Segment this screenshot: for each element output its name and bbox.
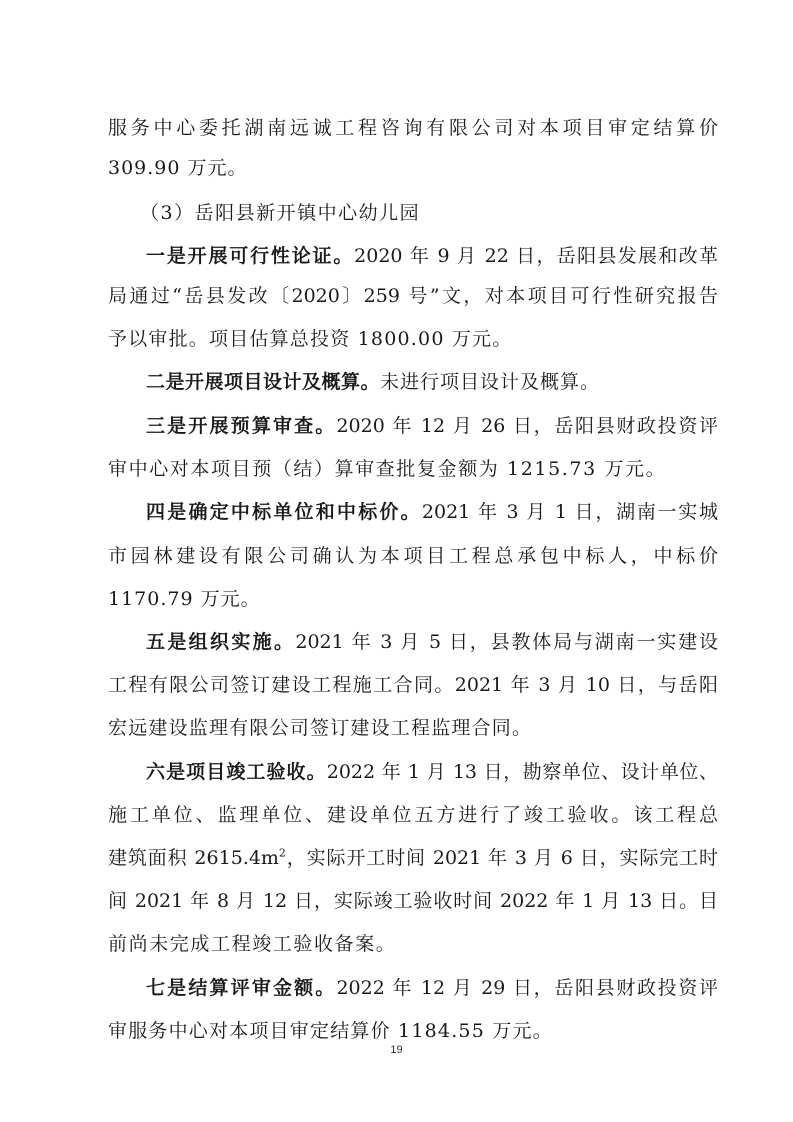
superscript: 2 <box>279 847 286 860</box>
paragraph-line: 七是结算评审金额。2022 年 12 月 29 日，岳阳县财政投资评 <box>146 975 718 1001</box>
line-text: 2022 年 1 月 13 日，勘察单位、设计单位、 <box>327 761 718 783</box>
paragraph-line: 局通过“岳县发改〔2020〕259 号”文，对本项目可行性研究报告 <box>108 283 718 309</box>
paragraph-line: 建筑面积 2615.4m2，实际开工时间 2021 年 3 月 6 日，实际完工… <box>108 845 718 871</box>
paragraph-line: 前尚未完成工程竣工验收备案。 <box>108 931 718 957</box>
paragraph-line: 服务中心委托湖南远诚工程咨询有限公司对本项目审定结算价 <box>108 115 718 141</box>
paragraph-line: 三是开展预算审查。2020 年 12 月 26 日，岳阳县财政投资评 <box>146 413 718 439</box>
line-text: 2021 年 3 月 1 日，湖南一实城 <box>422 501 718 523</box>
bold-lead: 四是确定中标单位和中标价。 <box>146 501 422 523</box>
bold-lead: 二是开展项目设计及概算。 <box>146 371 380 393</box>
line-text: 2021 年 3 月 5 日，县教体局与湖南一实建设 <box>295 631 718 653</box>
bold-lead: 三是开展预算审查。 <box>146 415 336 437</box>
line-text: 2020 年 9 月 22 日，岳阳县发展和改革 <box>354 245 718 267</box>
bold-lead: 一是开展可行性论证。 <box>146 245 354 267</box>
paragraph-line: 五是组织实施。2021 年 3 月 5 日，县教体局与湖南一实建设 <box>146 629 718 655</box>
paragraph-line: 四是确定中标单位和中标价。2021 年 3 月 1 日，湖南一实城 <box>146 499 718 525</box>
paragraph-line: 审服务中心对本项目审定结算价 1184.55 万元。 <box>108 1018 718 1044</box>
line-text: 2022 年 12 月 29 日，岳阳县财政投资评 <box>336 977 718 999</box>
line-text: 未进行项目设计及概算。 <box>380 371 600 393</box>
paragraph-line: 间 2021 年 8 月 12 日，实际竣工验收时间 2022 年 1 月 13… <box>108 888 718 914</box>
page-number: 19 <box>0 1044 793 1056</box>
paragraph-line: 二是开展项目设计及概算。未进行项目设计及概算。 <box>146 369 718 395</box>
section-heading: （3）岳阳县新开镇中心幼儿园 <box>140 200 712 226</box>
paragraph-line: 宏远建设监理有限公司签订建设工程监理合同。 <box>108 715 718 741</box>
bold-lead: 七是结算评审金额。 <box>146 977 336 999</box>
paragraph-line: 审中心对本项目预（结）算审查批复金额为 1215.73 万元。 <box>108 456 718 482</box>
line-text: ，实际开工时间 2021 年 3 月 6 日，实际完工时 <box>286 847 718 869</box>
paragraph-line: 工程有限公司签订建设工程施工合同。2021 年 3 月 10 日，与岳阳 <box>108 672 718 698</box>
paragraph-line: 六是项目竣工验收。2022 年 1 月 13 日，勘察单位、设计单位、 <box>146 759 718 785</box>
paragraph-line: 市园林建设有限公司确认为本项目工程总承包中标人，中标价 <box>108 543 718 569</box>
document-page: 服务中心委托湖南远诚工程咨询有限公司对本项目审定结算价 309.90 万元。 （… <box>0 0 793 1122</box>
bold-lead: 六是项目竣工验收。 <box>146 761 327 783</box>
paragraph-line: 一是开展可行性论证。2020 年 9 月 22 日，岳阳县发展和改革 <box>146 243 718 269</box>
paragraph-line: 1170.79 万元。 <box>108 586 718 612</box>
paragraph-line: 予以审批。项目估算总投资 1800.00 万元。 <box>108 326 718 352</box>
paragraph-line: 施工单位、监理单位、建设单位五方进行了竣工验收。该工程总 <box>108 802 718 828</box>
line-text: 建筑面积 2615.4m <box>108 847 279 869</box>
line-text: 2020 年 12 月 26 日，岳阳县财政投资评 <box>336 415 718 437</box>
paragraph-line: 309.90 万元。 <box>108 155 718 181</box>
bold-lead: 五是组织实施。 <box>146 631 295 653</box>
